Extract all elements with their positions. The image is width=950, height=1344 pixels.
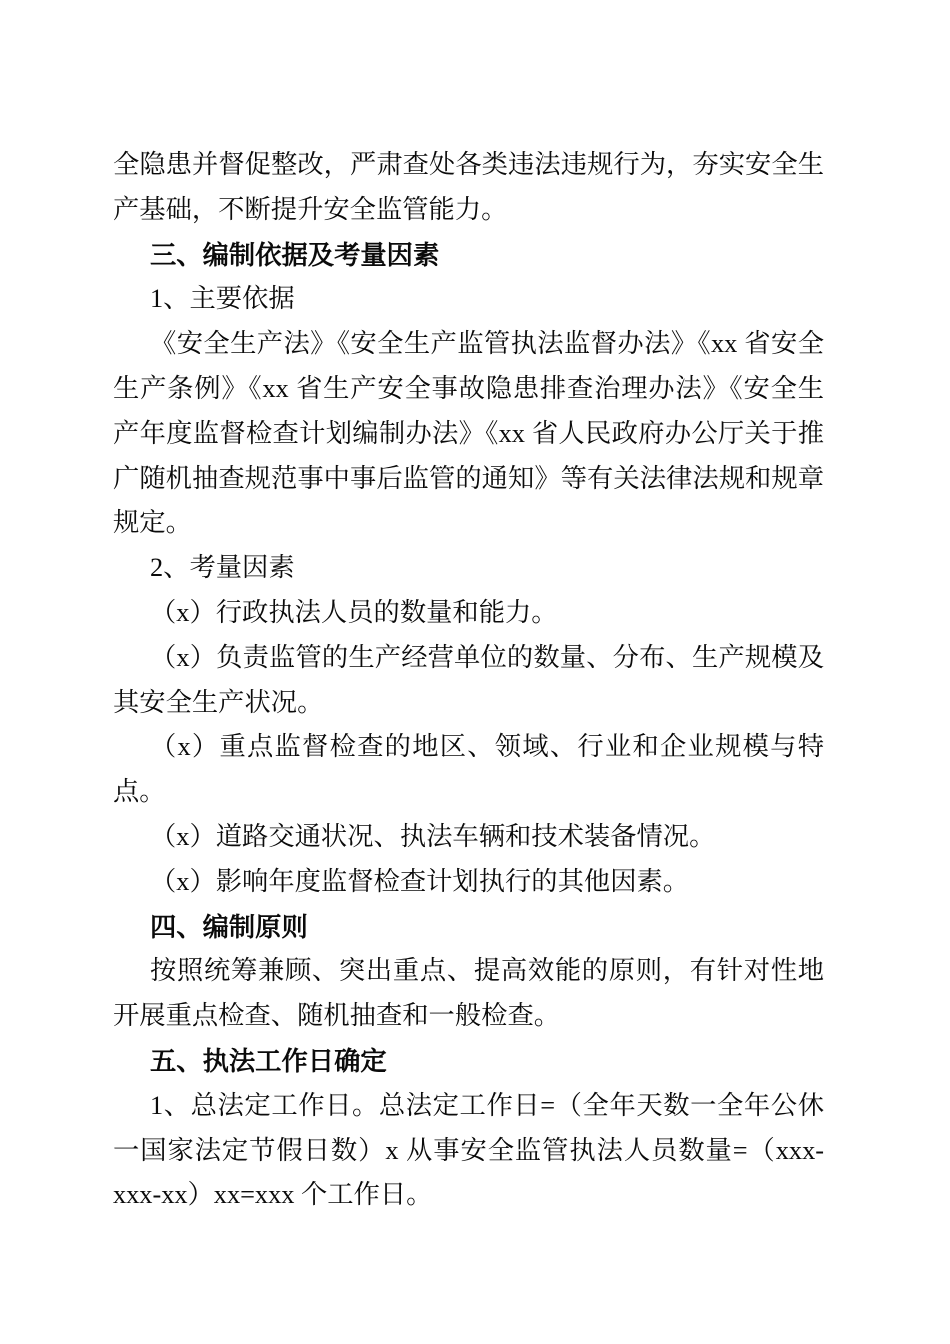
paragraph: 按照统筹兼顾、突出重点、提高效能的原则，有针对性地开展重点检查、随机抽查和一般检… [113,949,824,1039]
paragraph: （x）行政执法人员的数量和能力。 [113,591,824,636]
paragraph: 《安全生产法》《安全生产监管执法监督办法》《xx 省安全生产条例》《xx 省生产… [113,322,824,546]
document-body: 全隐患并督促整改，严肃查处各类违法违规行为，夯实安全生产基础，不断提升安全监管能… [113,143,824,1218]
paragraph: （x）负责监管的生产经营单位的数量、分布、生产规模及其安全生产状况。 [113,636,824,726]
section-heading: 三、编制依据及考量因素 [113,233,824,278]
paragraph: （x）重点监督检查的地区、领域、行业和企业规模与特点。 [113,725,824,815]
section-heading: 四、编制原则 [113,905,824,950]
paragraph: 2、考量因素 [113,546,824,591]
section-heading: 五、执法工作日确定 [113,1039,824,1084]
paragraph: （x）影响年度监督检查计划执行的其他因素。 [113,860,824,905]
paragraph: 1、主要依据 [113,277,824,322]
document-page: 全隐患并督促整改，严肃查处各类违法违规行为，夯实安全生产基础，不断提升安全监管能… [0,0,950,1344]
paragraph: （x）道路交通状况、执法车辆和技术装备情况。 [113,815,824,860]
paragraph: 全隐患并督促整改，严肃查处各类违法违规行为，夯实安全生产基础，不断提升安全监管能… [113,143,824,233]
paragraph: 1、总法定工作日。总法定工作日=（全年天数一全年公休一国家法定节假日数）x 从事… [113,1084,824,1218]
